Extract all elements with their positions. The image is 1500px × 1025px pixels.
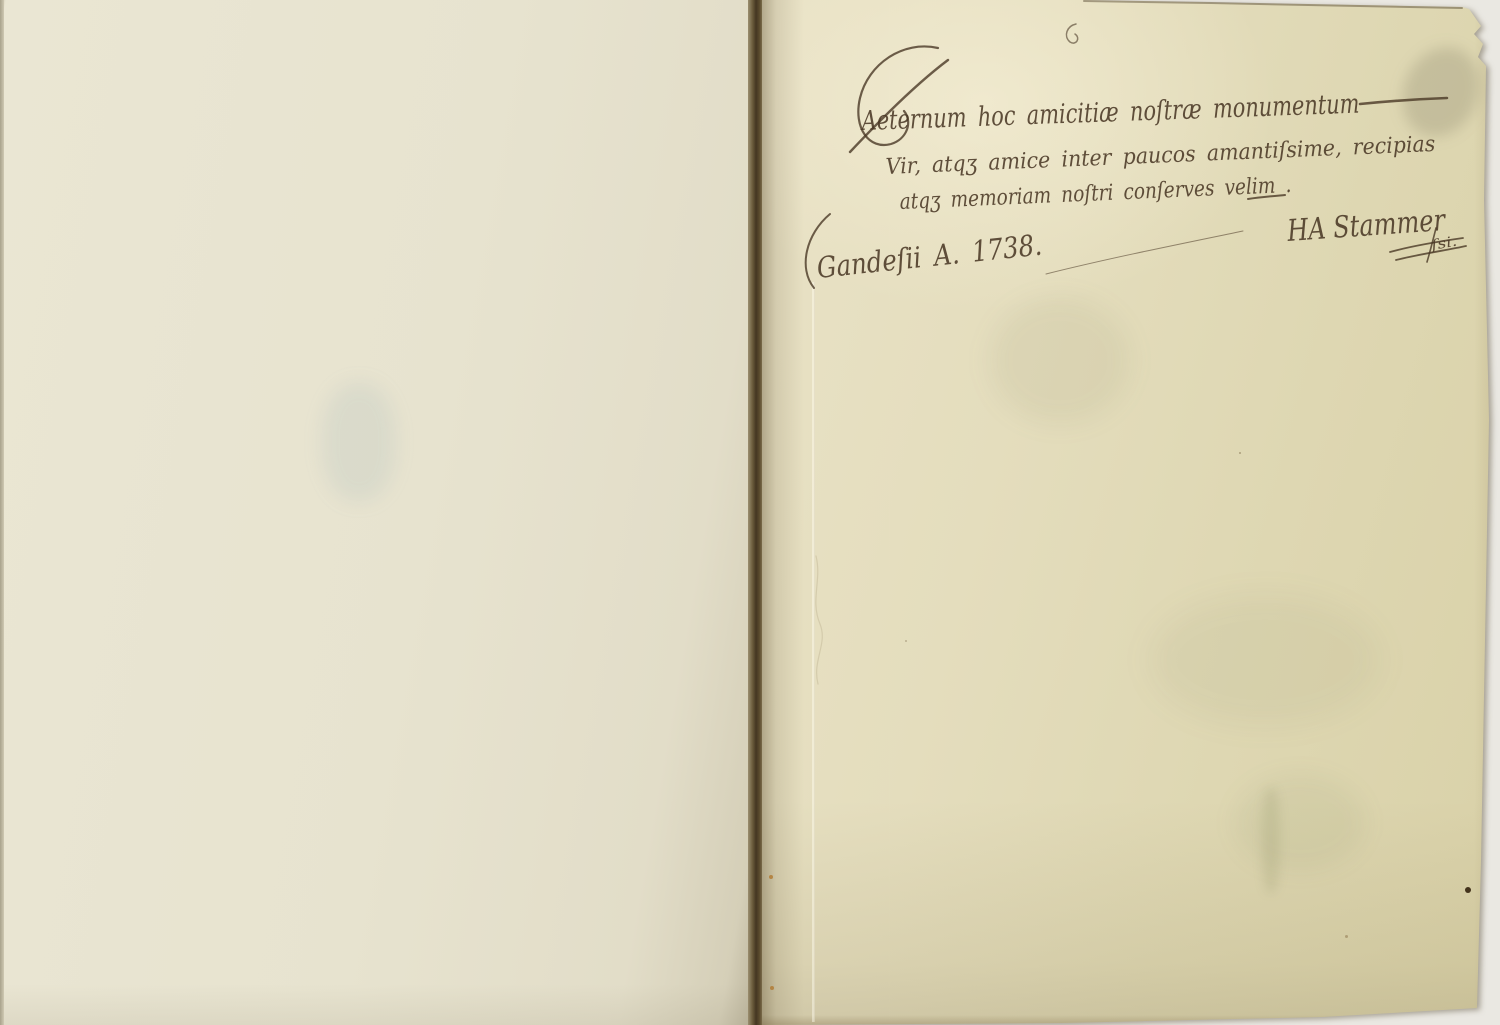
vertical-crease — [812, 282, 815, 1022]
left-blank-page — [0, 0, 756, 1025]
paper-speck — [905, 640, 907, 642]
parchment-surface — [762, 0, 1500, 1025]
photographed-manuscript-spread: Aeternum hoc amicitiæ noſtræ monumentum … — [0, 0, 1500, 1025]
faint-stain-mid-left — [990, 298, 1130, 423]
faint-blue-stain — [322, 383, 396, 501]
rust-speck — [769, 875, 773, 879]
faint-stain-mid-right — [1150, 595, 1380, 725]
right-parchment-page — [762, 0, 1500, 1025]
ink-speck — [1465, 887, 1471, 893]
paper-speck — [1345, 935, 1348, 938]
paper-speck — [1239, 452, 1241, 454]
faint-stain-lower-right — [1235, 775, 1365, 870]
green-streak-stain — [1262, 788, 1280, 893]
rust-speck — [770, 986, 774, 990]
left-page-edge — [0, 0, 4, 1025]
